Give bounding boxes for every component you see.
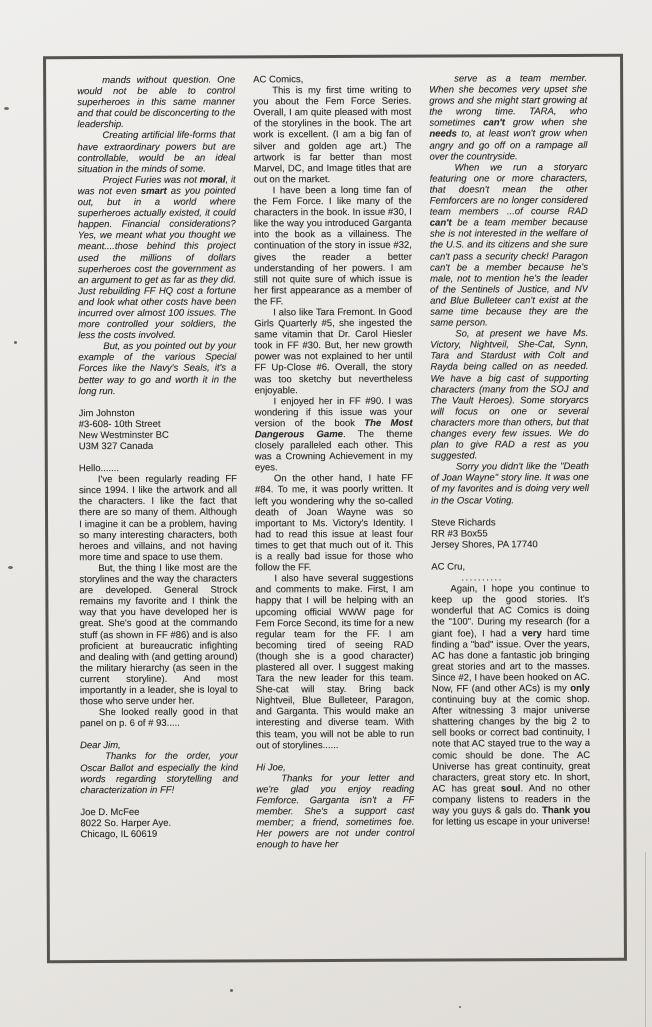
salutation: Hi Joe,	[256, 761, 414, 773]
reply-paragraph: Sorry you didn't like the "Death of Joan…	[431, 461, 589, 506]
reply-paragraph: Thanks for your letter and we're glad yo…	[256, 772, 414, 850]
reply-paragraph: mands without question. One would not be…	[77, 74, 235, 130]
address-line: #3-608- 10th Street	[79, 418, 237, 430]
letter-paragraph: I have been a long time fan of the Fem F…	[254, 185, 413, 308]
letter-paragraph: I've been regularly reading FF since 199…	[79, 474, 237, 563]
reply-block: Hi Joe,Thanks for your letter and we're …	[256, 761, 414, 850]
address-line: Jersey Shores, PA 17740	[431, 539, 589, 551]
text-column-2: AC Comics,This is my first time writing …	[253, 74, 415, 952]
address-line: U3M 327 Canada	[79, 440, 237, 452]
page-border-frame: mands without question. One would not be…	[43, 54, 627, 964]
letter-block: AC Comics,This is my first time writing …	[253, 74, 414, 751]
emphasized-text: needs	[429, 129, 457, 140]
reply-paragraph: Project Furies was not moral, it was not…	[78, 174, 237, 341]
address-line: Steve Richards	[431, 517, 589, 529]
letter-paragraph: I also have several suggestions and comm…	[255, 573, 414, 751]
emphasized-text: smart	[141, 186, 167, 197]
emphasized-text: can't	[483, 118, 505, 129]
reply-paragraph: So, at present we have Ms. Victory, Nigh…	[430, 328, 589, 462]
address-block: Joe D. McFee8022 So. Harper Aye.Chicago,…	[80, 806, 238, 840]
letter-paragraph: This is my first time writing to you abo…	[253, 85, 411, 186]
reply-paragraph: Thanks for the order, your Oscar Ballot …	[80, 751, 238, 796]
letter-paragraph: I also like Tara Fremont. In Good Girls …	[254, 307, 412, 396]
letter-paragraph: I enjoyed her in FF #90. I was wondering…	[255, 395, 413, 473]
address-line: RR #3 Box55	[431, 528, 589, 540]
emphasized-text: moral	[200, 174, 226, 185]
letter-block: AC Cru,..........Again, I hope you conti…	[431, 561, 590, 828]
reply-block: mands without question. One would not be…	[77, 74, 236, 396]
salutation: Hello.......	[79, 463, 237, 475]
address-line: 8022 So. Harper Aye.	[80, 817, 238, 829]
emphasized-text: Thank you	[542, 805, 590, 816]
reply-paragraph: Creating artificial life-forms that have…	[77, 130, 235, 175]
emphasized-text: can't	[430, 218, 452, 229]
address-line: Jim Johnston	[79, 407, 237, 419]
salutation: AC Comics,	[253, 74, 411, 86]
emphasized-text: The Most Dangerous Game	[255, 418, 413, 441]
emphasized-text: only	[570, 683, 590, 694]
scan-speck	[230, 989, 233, 992]
ellipsis-line: ..........	[431, 572, 589, 584]
letter-block: Hello.......I've been regularly reading …	[79, 463, 238, 730]
address-line: Chicago, IL 60619	[80, 828, 238, 840]
address-block: Jim Johnston#3-608- 10th StreetNew Westm…	[79, 407, 237, 452]
scanned-letters-page: mands without question. One would not be…	[0, 0, 652, 1027]
scan-speck	[14, 341, 17, 344]
letter-paragraph: On the other hand, I hate FF #84. To me,…	[255, 473, 413, 574]
address-line: New Westminster BC	[79, 429, 237, 441]
reply-block: serve as a team member. When she becomes…	[429, 73, 589, 506]
address-block: Steve RichardsRR #3 Box55Jersey Shores, …	[431, 517, 589, 551]
reply-paragraph: When we run a storyarc featuring one or …	[429, 162, 588, 329]
reply-paragraph: serve as a team member. When she becomes…	[429, 73, 587, 162]
reply-paragraph: But, as you pointed out by your example …	[78, 341, 236, 397]
salutation: Dear Jim,	[80, 740, 238, 752]
scan-speck	[459, 1006, 461, 1008]
scan-speck	[4, 107, 9, 110]
address-line: Joe D. McFee	[80, 806, 238, 818]
scan-speck	[8, 566, 13, 569]
reply-block: Dear Jim,Thanks for the order, your Osca…	[80, 740, 238, 796]
scan-crease	[645, 852, 646, 1027]
emphasized-text: soul	[501, 783, 521, 794]
emphasized-text: very	[522, 628, 542, 639]
letter-paragraph: Again, I hope you continue to keep up th…	[431, 583, 590, 828]
text-column-1: mands without question. One would not be…	[77, 74, 239, 952]
letter-paragraph: But, the thing I like most are the story…	[79, 562, 238, 707]
salutation: AC Cru,	[431, 561, 589, 573]
text-column-3: serve as a team member. When she becomes…	[429, 73, 591, 951]
letter-paragraph: She looked really good in that panel on …	[80, 707, 238, 730]
